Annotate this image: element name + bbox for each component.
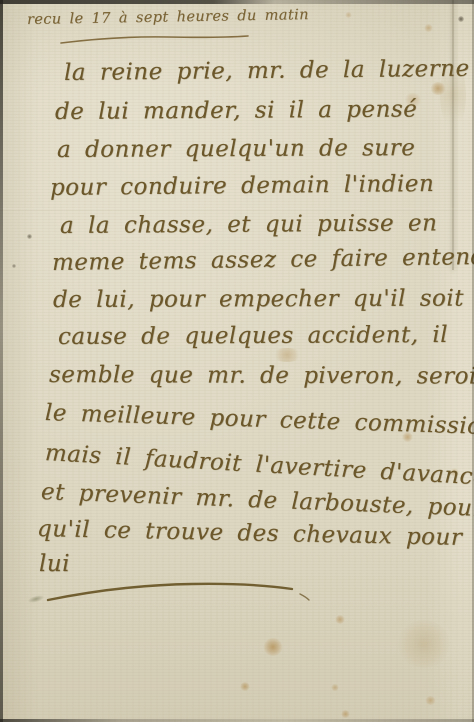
- letter-line: de lui, pour empecher qu'il soit: [53, 286, 464, 313]
- stain: [272, 348, 302, 362]
- letter-line: pour conduire demain l'indien: [50, 171, 434, 201]
- letter-line: la reine prie, mr. de la luzerne: [64, 56, 470, 86]
- letter-line: lui: [39, 551, 70, 577]
- paper-edge-left: [0, 0, 3, 722]
- letter-line: a donner quelqu'un de sure: [57, 135, 415, 163]
- stain: [398, 620, 450, 668]
- signature-flourish: [42, 576, 322, 606]
- stain: [458, 16, 464, 22]
- received-annotation: recu le 17 à sept heures du matin: [27, 7, 309, 28]
- paper-edge-top: [0, 0, 474, 4]
- letter-line: a la chasse, et qui puisse en: [60, 210, 438, 239]
- stain: [341, 710, 350, 718]
- stain: [425, 696, 436, 705]
- stain: [263, 638, 283, 656]
- manuscript-page: recu le 17 à sept heures du matin la rei…: [0, 0, 474, 722]
- stain: [12, 264, 16, 268]
- letter-line: semble que mr. de piveron, seroit: [49, 362, 474, 390]
- fold-line: [452, 0, 454, 270]
- letter-line: de lui mander, si il a pensé: [55, 96, 418, 125]
- stain: [27, 234, 32, 239]
- letter-line: le meilleure pour cette commission: [45, 400, 474, 440]
- letter-line: qu'il ce trouve des chevaux pour: [37, 516, 463, 551]
- letter-line: meme tems assez ce faire entendre: [52, 244, 474, 276]
- annotation-underline: [58, 31, 254, 47]
- stain: [430, 82, 446, 95]
- stain: [331, 684, 339, 691]
- stain: [424, 24, 433, 32]
- stain: [240, 682, 250, 691]
- letter-line: cause de quelques accident, il: [58, 322, 448, 350]
- stain: [335, 615, 345, 624]
- stain: [345, 12, 352, 18]
